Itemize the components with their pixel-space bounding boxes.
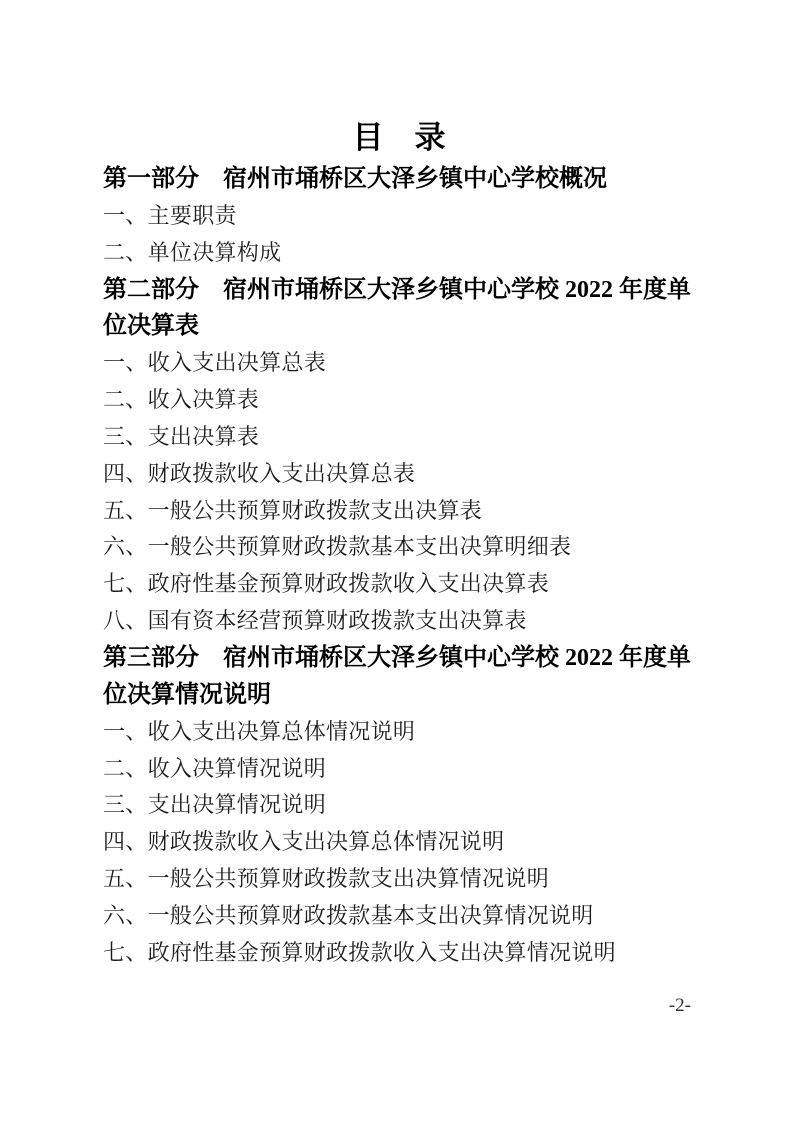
document-page: 目 录 第一部分 宿州市埇桥区大泽乡镇中心学校概况 一、主要职责 二、单位决算构… bbox=[0, 0, 793, 1122]
toc-entry: 五、一般公共预算财政拨款支出决算情况说明 bbox=[103, 861, 723, 898]
toc-section-heading-part2-cont: 位决算表 bbox=[103, 308, 723, 345]
page-number: -2- bbox=[669, 994, 691, 1018]
toc-section-heading-part3: 第三部分 宿州市埇桥区大泽乡镇中心学校 2022 年度单 bbox=[103, 640, 723, 677]
toc-entry: 一、收入支出决算总体情况说明 bbox=[103, 714, 723, 751]
toc-entry: 七、政府性基金预算财政拨款收入支出决算情况说明 bbox=[103, 935, 723, 972]
toc-entry: 四、财政拨款收入支出决算总表 bbox=[103, 456, 723, 493]
toc-entry: 六、一般公共预算财政拨款基本支出决算情况说明 bbox=[103, 898, 723, 935]
page-title: 目 录 bbox=[103, 118, 695, 158]
toc-section-heading-part2: 第二部分 宿州市埇桥区大泽乡镇中心学校 2022 年度单 bbox=[103, 272, 723, 309]
toc-entry: 八、国有资本经营预算财政拨款支出决算表 bbox=[103, 603, 723, 640]
toc-entry: 一、主要职责 bbox=[103, 198, 723, 235]
table-of-contents: 第一部分 宿州市埇桥区大泽乡镇中心学校概况 一、主要职责 二、单位决算构成 第二… bbox=[103, 161, 723, 972]
toc-entry: 二、单位决算构成 bbox=[103, 235, 723, 272]
toc-entry: 六、一般公共预算财政拨款基本支出决算明细表 bbox=[103, 529, 723, 566]
toc-entry: 五、一般公共预算财政拨款支出决算表 bbox=[103, 493, 723, 530]
toc-entry: 四、财政拨款收入支出决算总体情况说明 bbox=[103, 824, 723, 861]
toc-section-heading-part3-cont: 位决算情况说明 bbox=[103, 677, 723, 714]
toc-section-heading-part1: 第一部分 宿州市埇桥区大泽乡镇中心学校概况 bbox=[103, 161, 723, 198]
toc-entry: 一、收入支出决算总表 bbox=[103, 345, 723, 382]
toc-entry: 二、收入决算情况说明 bbox=[103, 751, 723, 788]
toc-entry: 三、支出决算情况说明 bbox=[103, 787, 723, 824]
toc-entry: 二、收入决算表 bbox=[103, 382, 723, 419]
toc-entry: 七、政府性基金预算财政拨款收入支出决算表 bbox=[103, 566, 723, 603]
toc-entry: 三、支出决算表 bbox=[103, 419, 723, 456]
